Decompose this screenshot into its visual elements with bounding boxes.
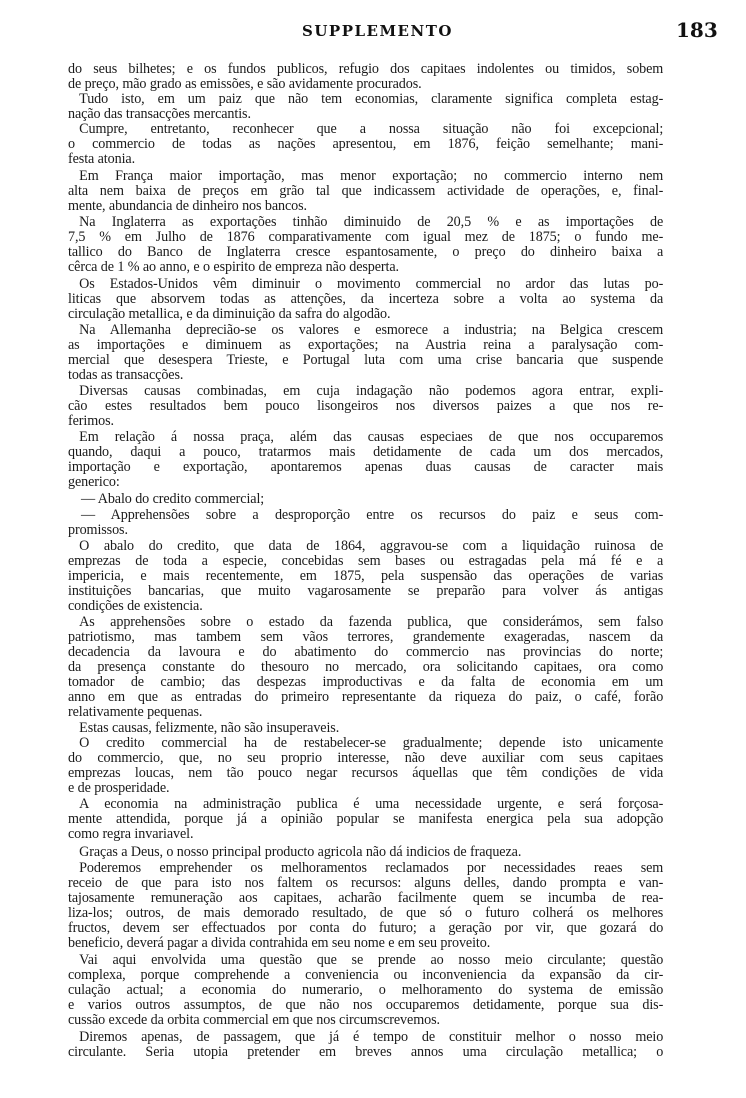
text-line: cussão excede da orbita commercial em qu… bbox=[68, 1011, 663, 1028]
running-header-title: SUPPLEMENTO bbox=[302, 22, 453, 40]
text-line: generico: bbox=[68, 473, 663, 490]
text-line: mente, abundancia de dinheiro nos bancos… bbox=[68, 197, 663, 214]
text-line: Graças a Deus, o nosso principal product… bbox=[68, 843, 663, 860]
text-line: e de prosperidade. bbox=[68, 779, 663, 796]
text-line: festa atonia. bbox=[68, 150, 663, 167]
text-line: promissos. bbox=[68, 521, 663, 538]
text-line: como regra invariavel. bbox=[68, 825, 663, 842]
text-line: relativamente pequenas. bbox=[68, 703, 663, 720]
text-line: condições de existencia. bbox=[68, 597, 663, 614]
text-line: circulação metallica, e da diminuição da… bbox=[68, 305, 663, 322]
document-page: SUPPLEMENTO 183 do seus bilhetes; e os f… bbox=[0, 0, 746, 1098]
text-line: todas as transacções. bbox=[68, 366, 663, 383]
text-line: cêrca de 1 % ao anno, e o espirito de em… bbox=[68, 258, 663, 275]
text-line: — Abalo do credito commercial; bbox=[68, 490, 663, 507]
text-line: circulante. Seria utopia pretender em br… bbox=[68, 1043, 663, 1060]
text-line: beneficio, deverá pagar a divida contrah… bbox=[68, 934, 663, 951]
text-line: ferimos. bbox=[68, 412, 663, 429]
page-number: 183 bbox=[676, 18, 718, 42]
